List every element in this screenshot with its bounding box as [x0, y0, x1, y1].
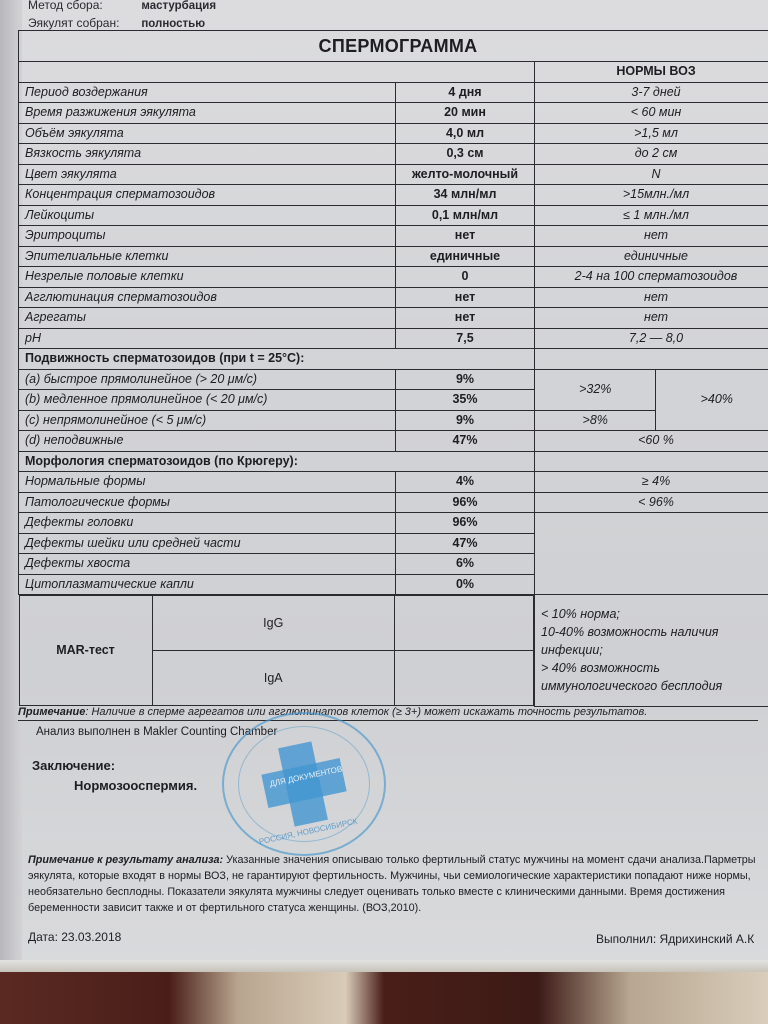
table-row: Объём эякулята 4,0 мл >1,5 мл — [19, 123, 768, 144]
param-name: Агрегаты — [19, 308, 396, 329]
motility-header: Подвижность сперматозоидов (при t = 25°C… — [19, 349, 535, 370]
param-value: 9% — [396, 369, 535, 390]
param-name: Цвет эякулята — [19, 164, 396, 185]
table-row: Эпителиальные клетки единичные единичные — [19, 246, 768, 267]
param-norm: единичные — [535, 246, 768, 267]
param-value: единичные — [396, 246, 535, 267]
norm-ab: >32% — [535, 369, 656, 410]
mar-container: MAR-тест IgG IgA — [19, 595, 535, 707]
param-name: (c) непрямолинейное (< 5 μм/с) — [19, 410, 396, 431]
param-value: 20 мин — [396, 103, 535, 124]
table-row: Агрегаты нет нет — [19, 308, 768, 329]
paper-edge — [0, 960, 768, 972]
param-value: 4,0 мл — [396, 123, 535, 144]
param-value: 4% — [396, 472, 535, 493]
table-row: pH 7,5 7,2 — 8,0 — [19, 328, 768, 349]
param-value: 47% — [396, 533, 535, 554]
collection-method: Метод сбора: мастурбация — [28, 0, 216, 12]
norm-abc: >40% — [656, 369, 768, 431]
param-norm: нет — [535, 287, 768, 308]
param-name: (a) быстрое прямолинейное (> 20 μм/с) — [19, 369, 396, 390]
param-name: (d) неподвижные — [19, 431, 396, 452]
param-norm: 3-7 дней — [535, 82, 768, 103]
table-row: Вязкость эякулята 0,3 см до 2 см — [19, 144, 768, 165]
param-value: 96% — [396, 492, 535, 513]
param-norm: N — [535, 164, 768, 185]
param-name: Объём эякулята — [19, 123, 396, 144]
param-value: 0,3 см — [396, 144, 535, 165]
table-row: Период воздержания 4 дня 3-7 дней — [19, 82, 768, 103]
norm-d: <60 % — [535, 431, 768, 452]
param-name: Агглютинация сперматозоидов — [19, 287, 396, 308]
conclusion-label: Заключение: — [32, 758, 115, 773]
mar-norm-line: 10-40% возможность наличия инфекции; — [541, 623, 768, 659]
table-row: (c) непрямолинейное (< 5 μм/с) 9% >8% — [19, 410, 768, 431]
param-norm: < 60 мин — [535, 103, 768, 124]
table-row: Концентрация сперматозоидов 34 млн/мл >1… — [19, 185, 768, 206]
mar-iga-value — [395, 651, 534, 706]
table-row: Дефекты головки 96% — [19, 513, 768, 534]
param-value: 6% — [396, 554, 535, 575]
param-name: Дефекты головки — [19, 513, 396, 534]
param-value: нет — [396, 226, 535, 247]
param-name: Незрелые половые клетки — [19, 267, 396, 288]
morphology-header-blank — [535, 451, 768, 472]
param-value: 0 — [396, 267, 535, 288]
param-name: Вязкость эякулята — [19, 144, 396, 165]
param-value: 4 дня — [396, 82, 535, 103]
param-norm: до 2 см — [535, 144, 768, 165]
mar-igg: IgG — [152, 596, 395, 651]
table-row: Агглютинация сперматозоидов нет нет — [19, 287, 768, 308]
mar-label: MAR-тест — [19, 596, 152, 706]
norms-header: НОРМЫ ВОЗ — [535, 62, 768, 83]
performer: Выполнил: Ядрихинский А.К — [596, 932, 754, 946]
morphology-norm-blank — [535, 513, 768, 595]
param-name: Период воздержания — [19, 82, 396, 103]
motility-header-blank — [535, 349, 768, 370]
method-value: мастурбация — [141, 0, 216, 12]
mar-norm-line: < 10% норма; — [541, 605, 768, 623]
ejaculate-collected: Эякулят собран: полностью — [28, 16, 205, 30]
param-name: Дефекты шейки или средней части — [19, 533, 396, 554]
table-row: Незрелые половые клетки 0 2-4 на 100 спе… — [19, 267, 768, 288]
note-label: Примечание — [18, 706, 85, 718]
table-row: Нормальные формы 4% ≥ 4% — [19, 472, 768, 493]
param-value: нет — [396, 287, 535, 308]
collected-value: полностью — [141, 18, 205, 30]
param-value: нет — [396, 308, 535, 329]
param-name: Эпителиальные клетки — [19, 246, 396, 267]
table-row: Время разжижения эякулята 20 мин < 60 ми… — [19, 103, 768, 124]
param-name: Дефекты хвоста — [19, 554, 396, 575]
table-row: Лейкоциты 0,1 млн/мл ≤ 1 млн./мл — [19, 205, 768, 226]
param-name: Нормальные формы — [19, 472, 396, 493]
param-norm: нет — [535, 308, 768, 329]
mar-igg-value — [395, 596, 534, 651]
param-value: 0,1 млн/мл — [396, 205, 535, 226]
footnote: Примечание к результату анализа: Указанн… — [28, 852, 758, 916]
mar-norms: < 10% норма; 10-40% возможность наличия … — [535, 595, 768, 707]
param-value: 0% — [396, 574, 535, 595]
param-value: 9% — [396, 410, 535, 431]
param-name: pH — [19, 328, 396, 349]
param-name: Концентрация сперматозоидов — [19, 185, 396, 206]
param-name: Цитоплазматические капли — [19, 574, 396, 595]
param-norm: ≥ 4% — [535, 472, 768, 493]
clinic-stamp: ДЛЯ ДОКУМЕНТОВ РОССИЯ, НОВОСИБИРСК — [222, 712, 386, 856]
param-norm: >15млн./мл — [535, 185, 768, 206]
date: Дата: 23.03.2018 — [28, 930, 121, 944]
conclusion-value: Нормозооспермия. — [74, 778, 197, 793]
param-name: (b) медленное прямолинейное (< 20 μм/с) — [19, 390, 396, 411]
param-value: 35% — [396, 390, 535, 411]
param-norm: нет — [535, 226, 768, 247]
morphology-header: Морфология сперматозоидов (по Крюгеру): — [19, 451, 535, 472]
table-row: (d) неподвижные 47% <60 % — [19, 431, 768, 452]
param-name: Время разжижения эякулята — [19, 103, 396, 124]
collected-label: Эякулят собран: — [28, 16, 138, 30]
spermogram-table: СПЕРМОГРАММА НОРМЫ ВОЗ Период воздержани… — [18, 30, 768, 707]
param-value: желто-молочный — [396, 164, 535, 185]
param-norm: >1,5 мл — [535, 123, 768, 144]
table-row: Патологические формы 96% < 96% — [19, 492, 768, 513]
footnote-label: Примечание к результату анализа: — [28, 854, 223, 866]
param-norm: ≤ 1 млн./мл — [535, 205, 768, 226]
param-name: Лейкоциты — [19, 205, 396, 226]
param-value: 34 млн/мл — [396, 185, 535, 206]
table-row: Эритроциты нет нет — [19, 226, 768, 247]
param-value: 96% — [396, 513, 535, 534]
params-section: Период воздержания 4 дня 3-7 днейВремя р… — [19, 82, 768, 349]
param-norm: 2-4 на 100 сперматозоидов — [535, 267, 768, 288]
method-label: Метод сбора: — [28, 0, 138, 12]
param-value: 47% — [396, 431, 535, 452]
norm-c: >8% — [535, 410, 656, 431]
background-floor — [0, 970, 768, 1024]
param-norm: 7,2 — 8,0 — [535, 328, 768, 349]
mar-norm-line: > 40% возможность иммунологического бесп… — [541, 659, 768, 695]
note: Примечание: Наличие в сперме агрегатов и… — [18, 706, 758, 721]
table-row: Цвет эякулята желто-молочный N — [19, 164, 768, 185]
table-row: (a) быстрое прямолинейное (> 20 μм/с) 9%… — [19, 369, 768, 390]
param-norm: < 96% — [535, 492, 768, 513]
page-title: СПЕРМОГРАММА — [19, 31, 768, 62]
mar-iga: IgA — [152, 651, 395, 706]
note-text: : Наличие в сперме агрегатов или агглюти… — [85, 706, 647, 718]
param-name: Патологические формы — [19, 492, 396, 513]
param-value: 7,5 — [396, 328, 535, 349]
param-name: Эритроциты — [19, 226, 396, 247]
header-blank — [19, 62, 535, 83]
